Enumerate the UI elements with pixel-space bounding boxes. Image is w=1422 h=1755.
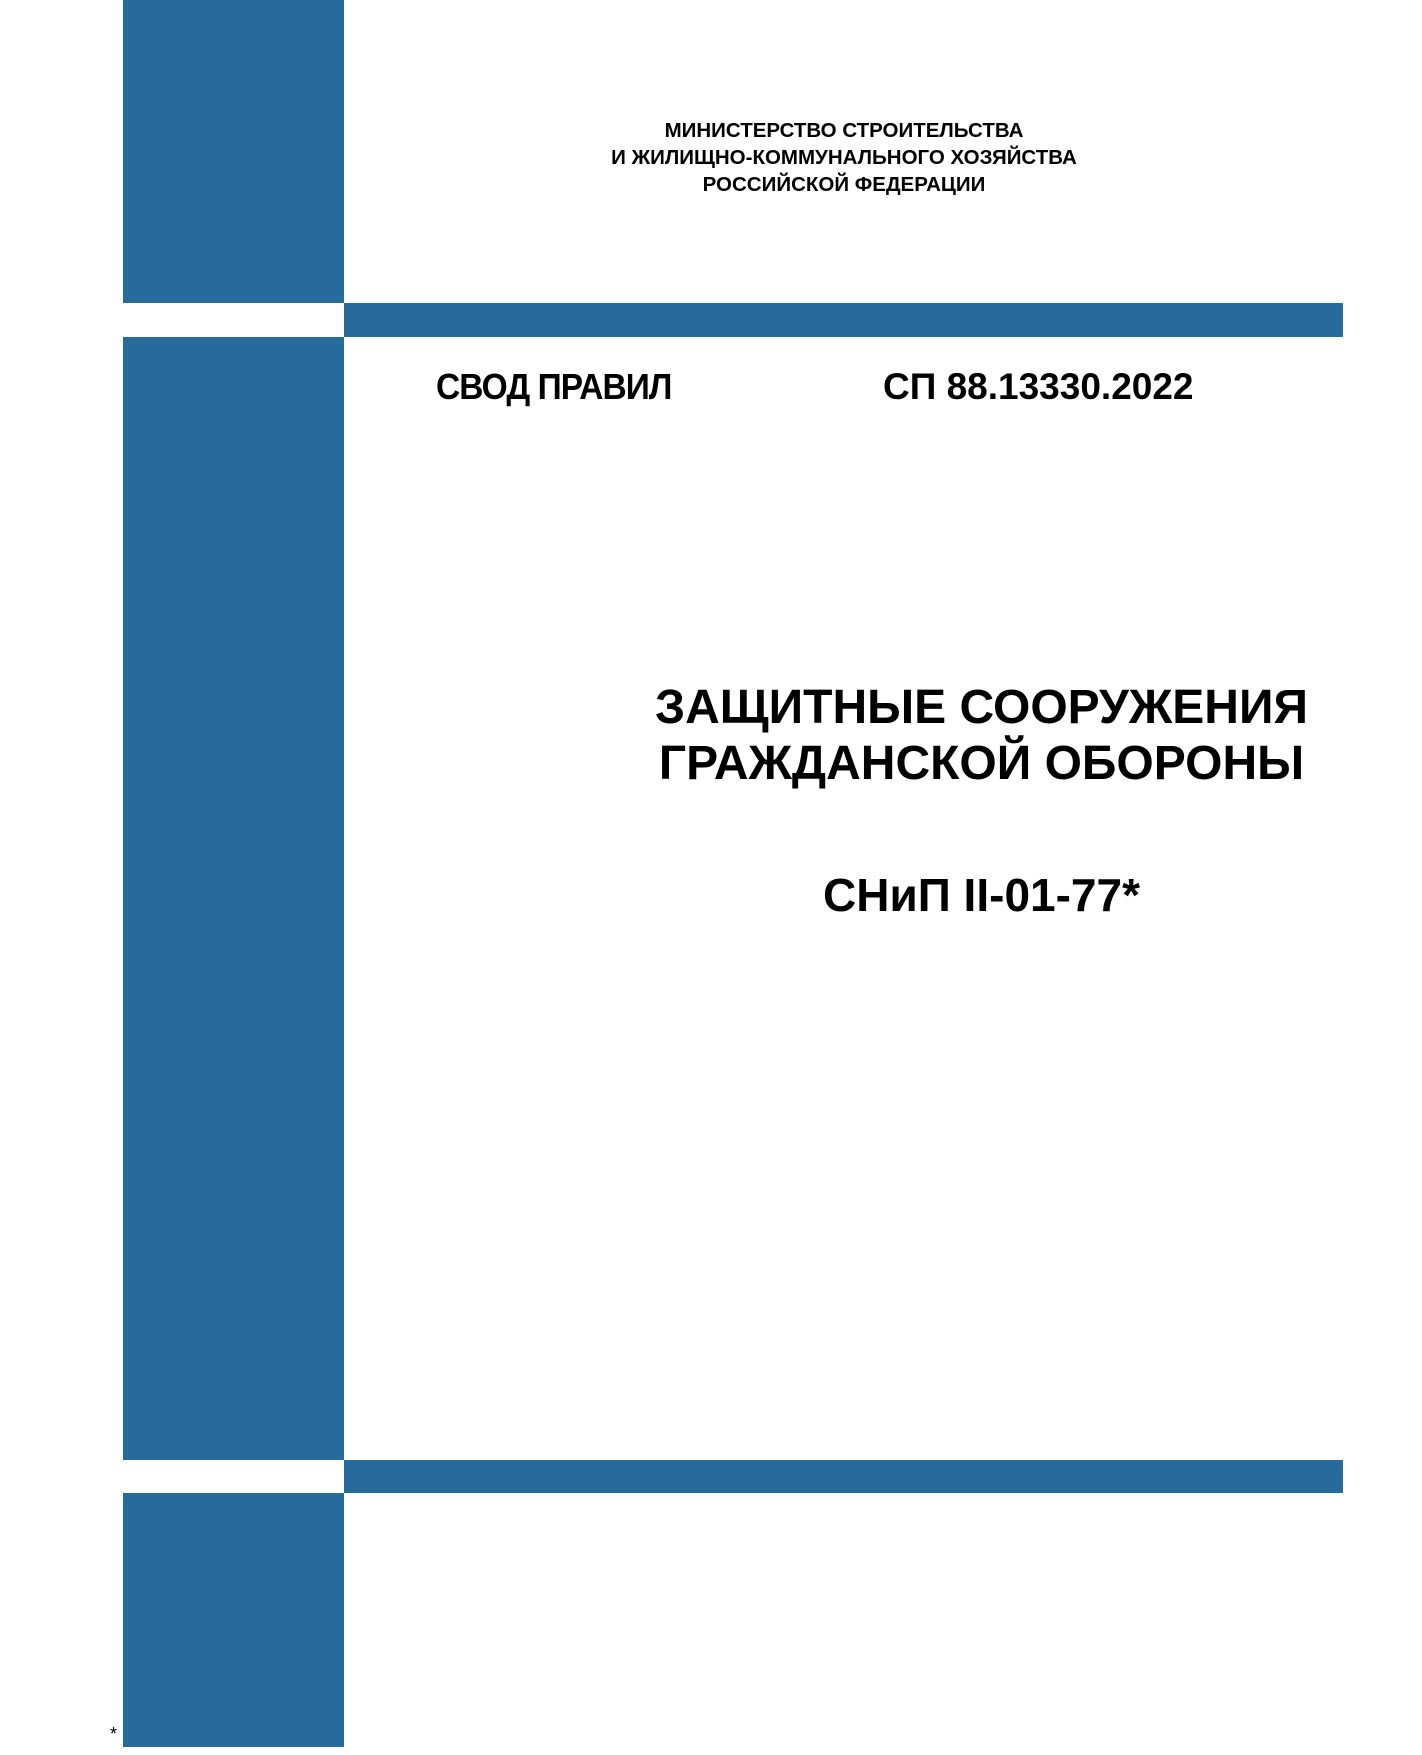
- title-line: ГРАЖДАНСКОЙ ОБОРОНЫ: [344, 736, 1422, 792]
- document-type: СВОД ПРАВИЛ: [436, 366, 671, 408]
- document-title: ЗАЩИТНЫЕ СООРУЖЕНИЯ ГРАЖДАНСКОЙ ОБОРОНЫ: [344, 680, 1422, 792]
- blue-column-bottom: [123, 1493, 344, 1747]
- ministry-line: МИНИСТЕРСТВО СТРОИТЕЛЬСТВА: [344, 117, 1344, 144]
- title-line: ЗАЩИТНЫЕ СООРУЖЕНИЯ: [344, 680, 1422, 736]
- blue-column-middle: [123, 337, 344, 1460]
- ministry-line: И ЖИЛИЩНО-КОММУНАЛЬНОГО ХОЗЯЙСТВА: [344, 144, 1344, 171]
- document-code: СП 88.13330.2022: [883, 366, 1194, 408]
- footnote-asterisk: *: [110, 1724, 117, 1745]
- ministry-line: РОССИЙСКОЙ ФЕДЕРАЦИИ: [344, 171, 1344, 198]
- blue-band-top: [344, 303, 1343, 337]
- ministry-name: МИНИСТЕРСТВО СТРОИТЕЛЬСТВА И ЖИЛИЩНО-КОМ…: [344, 117, 1344, 198]
- blue-column-top: [123, 0, 344, 303]
- legacy-code: СНиП II-01-77*: [344, 868, 1422, 922]
- blue-band-bottom: [344, 1460, 1343, 1493]
